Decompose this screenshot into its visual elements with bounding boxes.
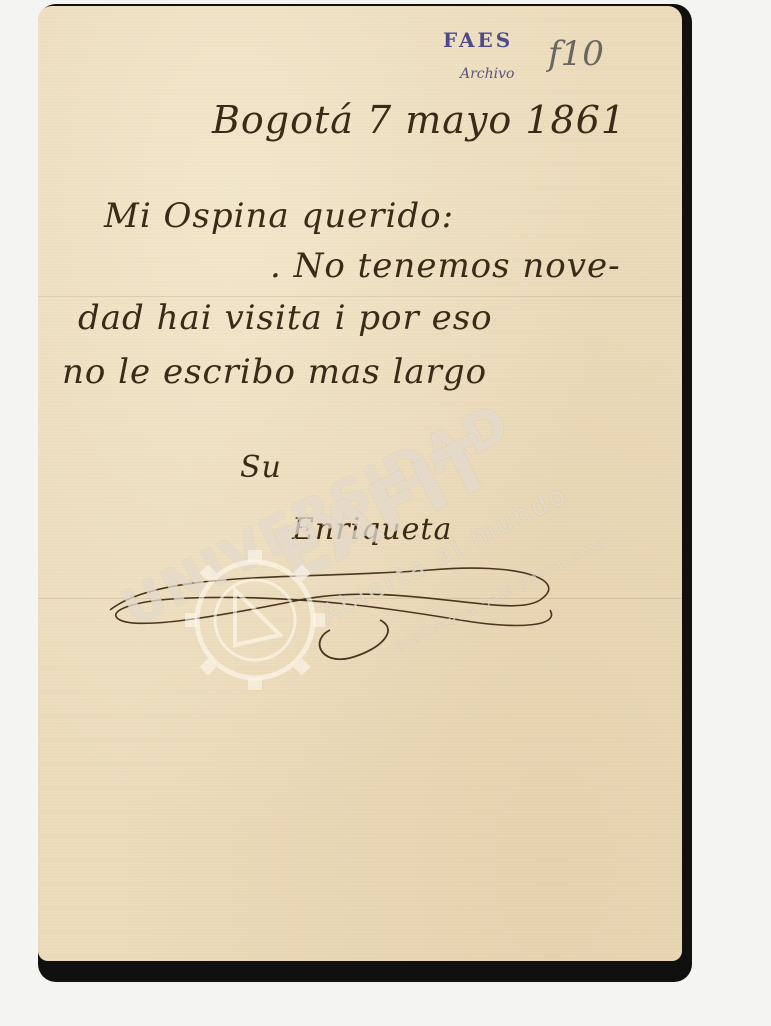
signature-flourish-icon xyxy=(100,540,580,680)
date-line: Bogotá 7 mayo 1861 xyxy=(212,98,626,142)
archive-stamp-title: FAES xyxy=(443,28,513,52)
folio-number: f10 xyxy=(548,34,604,74)
closing: Su xyxy=(240,450,282,485)
fold-line xyxy=(38,296,682,297)
archive-stamp-subtitle: Archivo xyxy=(460,66,514,82)
salutation: Mi Ospina querido: xyxy=(104,196,454,236)
letter-card xyxy=(38,6,682,961)
body-line: dad hai visita i por eso xyxy=(78,298,493,338)
body-line: no le escribo mas largo xyxy=(62,352,487,392)
body-line: . No tenemos nove- xyxy=(270,246,621,286)
